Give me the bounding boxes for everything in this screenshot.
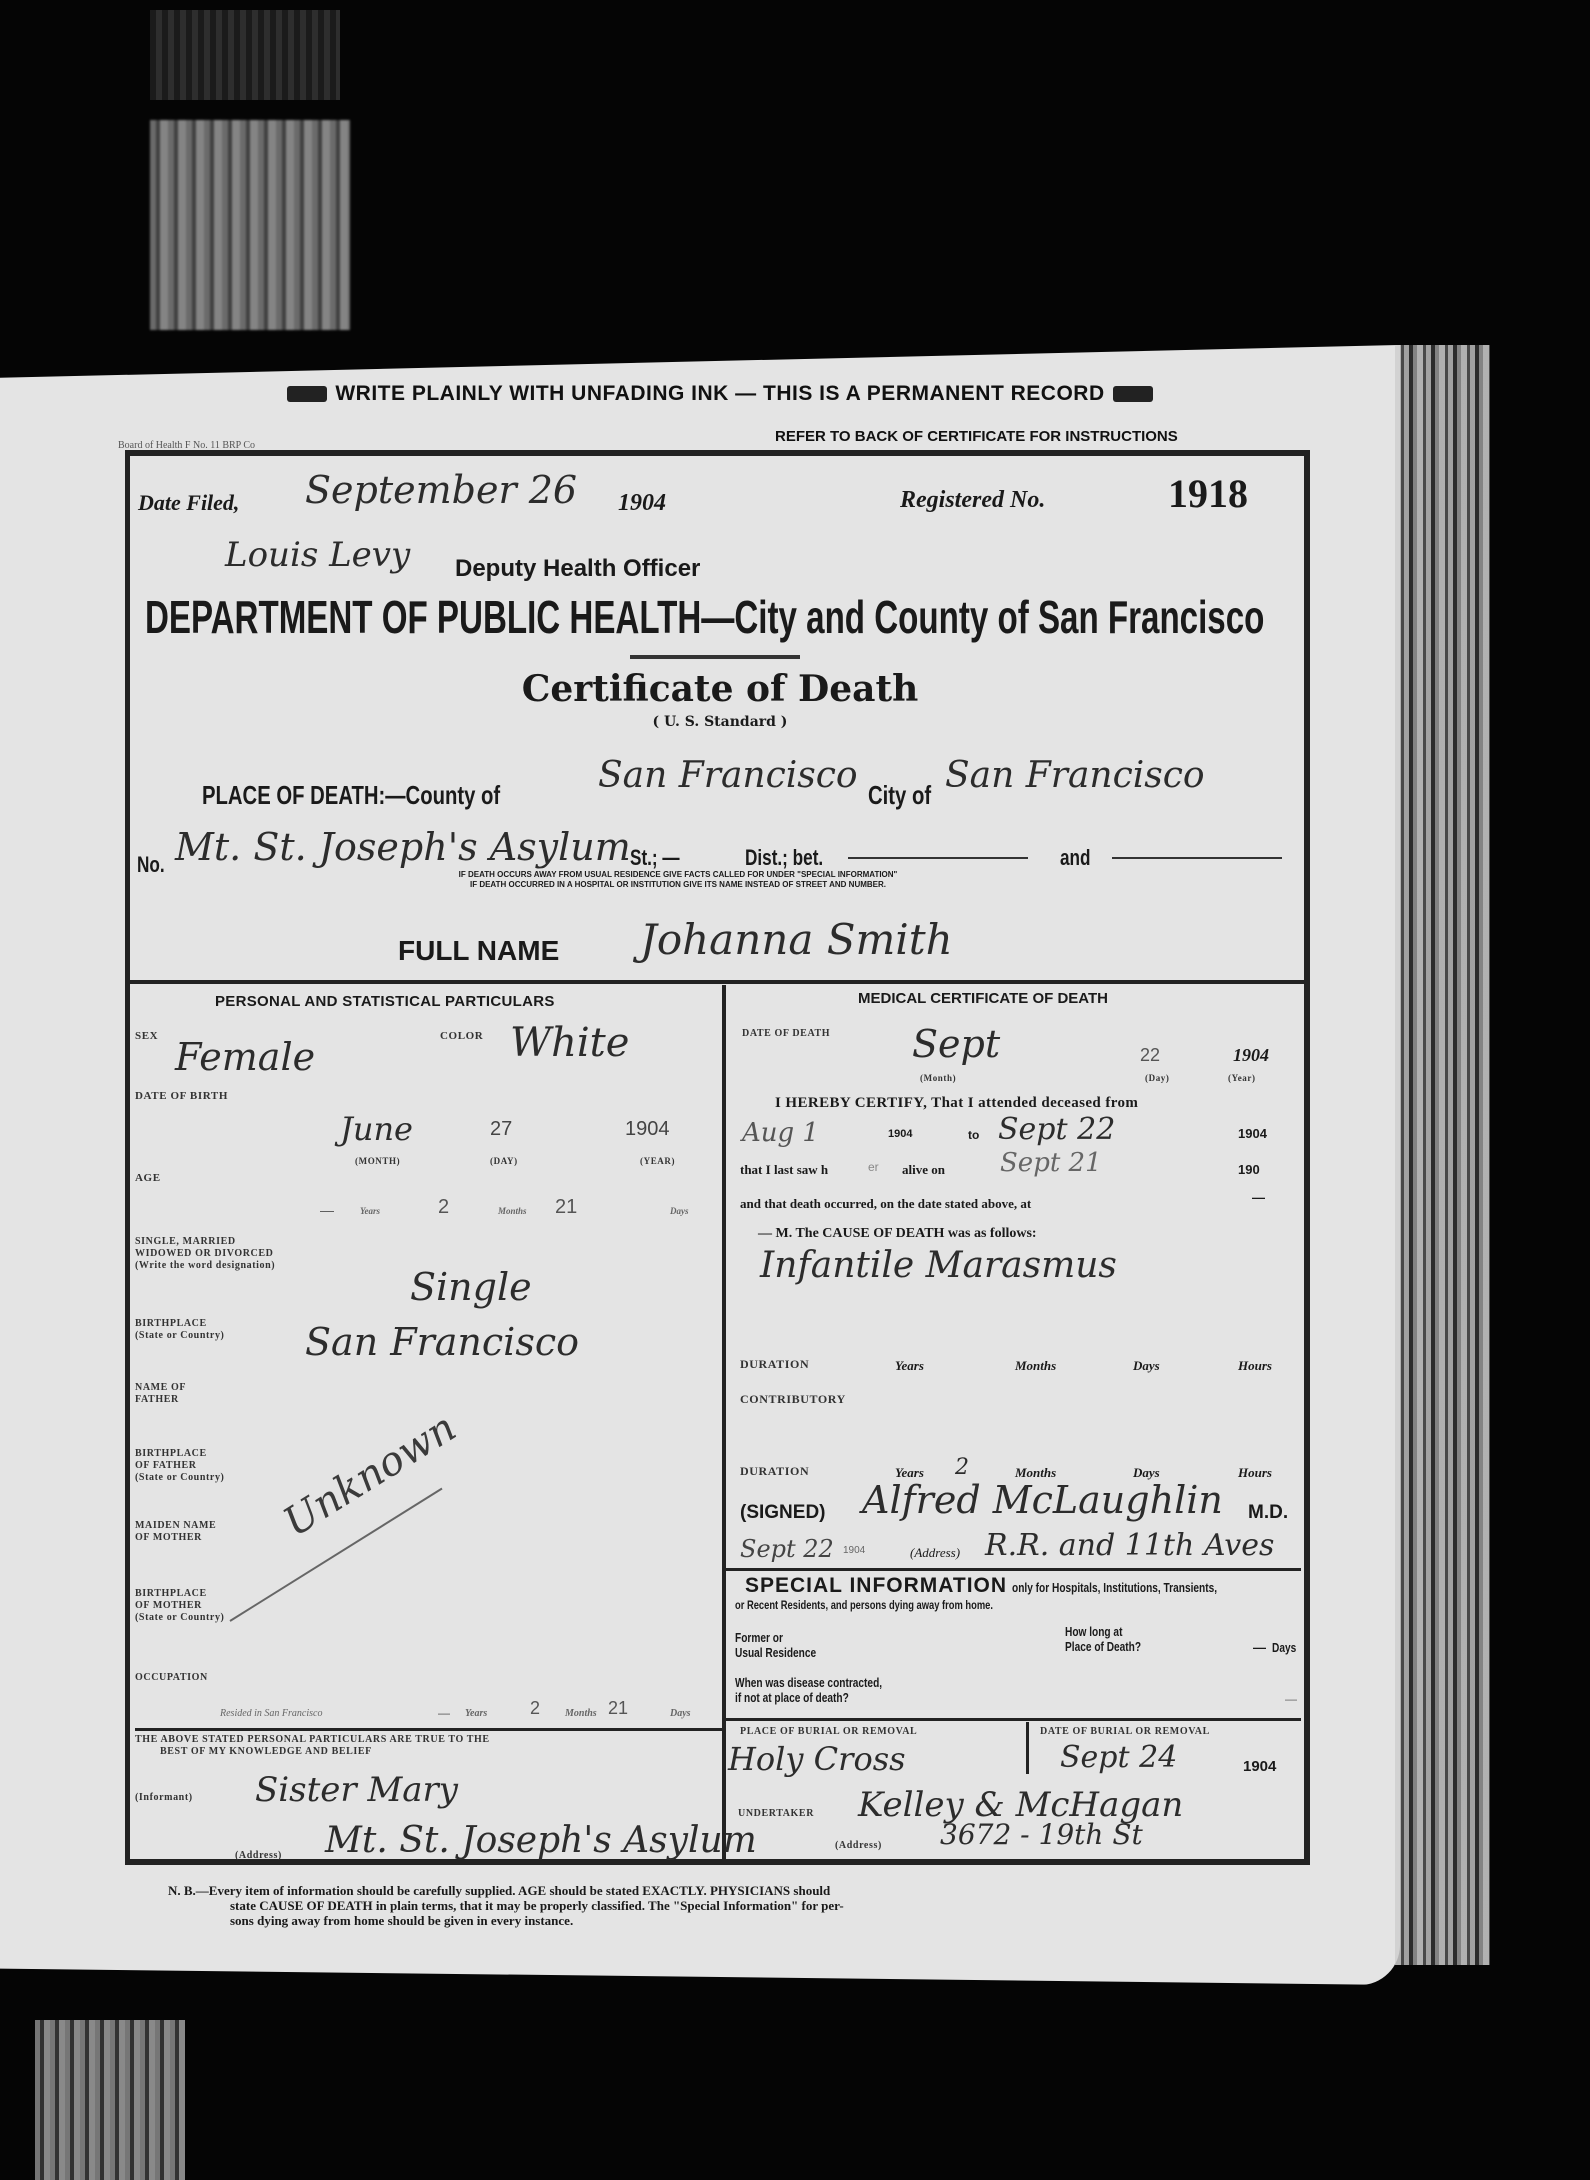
- special-divider: [726, 1568, 1301, 1571]
- father-bp-label-2: OF FATHER: [135, 1460, 225, 1472]
- former-label-2: Usual Residence: [735, 1645, 816, 1660]
- street-label: St.; —: [630, 845, 680, 871]
- burial-date-year: 1904: [1243, 1758, 1276, 1775]
- and-label: and: [1060, 845, 1091, 871]
- special-heading-rest: only for Hospitals, Institutions, Transi…: [1012, 1580, 1217, 1595]
- resided-years-caption: Years: [465, 1708, 487, 1719]
- registered-label: Registered No.: [900, 487, 1045, 514]
- informant-address-label: (Address): [235, 1850, 282, 1862]
- footnote-line-1: N. B.—Every item of information should b…: [168, 1883, 844, 1898]
- mother-label-1: MAIDEN NAME: [135, 1520, 216, 1532]
- burial-date-label: DATE of BURIAL or REMOVAL: [1040, 1726, 1210, 1738]
- age-months-caption: Months: [498, 1206, 527, 1216]
- mother-name-label: MAIDEN NAME OF MOTHER: [135, 1520, 216, 1544]
- sex-label: SEX: [135, 1030, 158, 1042]
- column-divider: [722, 985, 726, 1865]
- banner-text: WRITE PLAINLY WITH UNFADING INK — THIS I…: [335, 382, 1104, 405]
- death-occurred-text: and that death occurred, on the date sta…: [740, 1196, 1031, 1212]
- attest-line-2: BEST OF MY KNOWLEDGE AND BELIEF: [135, 1746, 490, 1758]
- burial-date-value: Sept 24: [1060, 1740, 1177, 1775]
- mother-bp-label-1: BIRTHPLACE: [135, 1588, 225, 1600]
- attended-from-year: 1904: [888, 1128, 912, 1140]
- birthplace-label-1: BIRTHPLACE: [135, 1318, 225, 1330]
- days-caption: Days: [1133, 1358, 1160, 1374]
- age-years-value: —: [320, 1202, 334, 1218]
- dod-year: 1904: [1233, 1045, 1269, 1066]
- occupation-label: OCCUPATION: [135, 1672, 208, 1684]
- how-long-label-1: How long at: [1065, 1624, 1141, 1639]
- registered-number: 1918: [1168, 470, 1248, 517]
- duration-label: DURATION: [740, 1465, 809, 1477]
- resided-years-value: —: [438, 1706, 450, 1720]
- father-name-label: NAME OF FATHER: [135, 1382, 186, 1406]
- former-label-1: Former or: [735, 1630, 816, 1645]
- contributory-label: CONTRIBUTORY: [740, 1393, 846, 1405]
- place-of-death-label: PLACE OF DEATH:—County of: [202, 780, 500, 811]
- signed-year: 1904: [843, 1545, 865, 1556]
- place-county-value: San Francisco: [598, 755, 858, 796]
- medical-heading: MEDICAL CERTIFICATE OF DEATH: [858, 990, 1108, 1007]
- dob-month-caption: (Month): [355, 1155, 400, 1167]
- date-filed-year: 1904: [618, 490, 666, 517]
- dod-year-caption: (Year): [1228, 1072, 1256, 1084]
- attest-divider: [135, 1728, 722, 1731]
- age-months-value: 2: [438, 1196, 449, 1219]
- md-label: M.D.: [1248, 1502, 1288, 1524]
- years-caption: Years: [895, 1358, 924, 1374]
- dod-day-caption: (Day): [1145, 1072, 1170, 1084]
- physician-signature: Alfred McLaughlin: [862, 1478, 1223, 1522]
- hours-caption: Hours: [1238, 1465, 1272, 1481]
- age-years-caption: Years: [360, 1206, 380, 1216]
- color-value: White: [510, 1020, 629, 1066]
- father-bp-label-1: BIRTHPLACE: [135, 1448, 225, 1460]
- refer-note: REFER TO BACK OF CERTIFICATE FOR INSTRUC…: [775, 428, 1178, 445]
- city-label: City of: [868, 780, 931, 811]
- resided-days-value: 21: [608, 1698, 628, 1719]
- background-scan-artifact: [150, 10, 340, 100]
- father-label-1: NAME OF: [135, 1382, 186, 1394]
- date-filed-value: September 26: [305, 468, 577, 512]
- last-saw-year: 190: [1238, 1162, 1260, 1177]
- attest-line-1: THE ABOVE STATED PERSONAL PARTICULARS AR…: [135, 1734, 490, 1746]
- resided-months-value: 2: [530, 1698, 540, 1719]
- resided-label: Resided in San Francisco: [220, 1708, 322, 1719]
- marital-label-3: (Write the word designation): [135, 1260, 275, 1272]
- father-label-2: FATHER: [135, 1394, 186, 1406]
- undertaker-label: UNDERTAKER: [738, 1808, 814, 1820]
- attended-from: Aug 1: [742, 1118, 819, 1148]
- mother-bp-label-3: (State or Country): [135, 1612, 225, 1624]
- dob-day-caption: (Day): [490, 1155, 518, 1167]
- color-label: COLOR: [440, 1030, 483, 1042]
- full-name-value: Johanna Smith: [640, 915, 953, 964]
- page-stack-edges: [1395, 345, 1490, 1965]
- undertaker-address-value: 3672 - 19th St: [940, 1818, 1143, 1851]
- and-line: [1112, 857, 1282, 859]
- dod-day: 22: [1140, 1045, 1160, 1066]
- father-birthplace-label: BIRTHPLACE OF FATHER (State or Country): [135, 1448, 225, 1484]
- dob-month: June: [340, 1110, 413, 1148]
- contracted-label-1: When was disease contracted,: [735, 1675, 882, 1690]
- informant-value: Sister Mary: [255, 1770, 458, 1810]
- officer-title: Deputy Health Officer: [455, 555, 700, 583]
- last-saw-label: that I last saw h: [740, 1162, 828, 1178]
- dod-label: DATE OF DEATH: [742, 1028, 830, 1040]
- undertaker-address-label: (Address): [835, 1840, 882, 1852]
- attended-to: Sept 22: [998, 1112, 1115, 1147]
- father-bp-label-3: (State or Country): [135, 1472, 225, 1484]
- section-divider: [125, 980, 1310, 984]
- place-city-value: San Francisco: [945, 755, 1205, 796]
- death-time: —: [1252, 1190, 1265, 1205]
- contracted-label-2: if not at place of death?: [735, 1690, 882, 1705]
- background-scan-artifact: [150, 120, 350, 330]
- duration-months-value: 2: [955, 1455, 969, 1480]
- mother-label-2: OF MOTHER: [135, 1532, 216, 1544]
- burial-place-value: Holy Cross: [728, 1740, 906, 1778]
- disease-contracted-label: When was disease contracted, if not at p…: [735, 1675, 882, 1705]
- certificate-subtitle: ( U. S. Standard ): [620, 714, 820, 730]
- dod-month-caption: (Month): [920, 1072, 956, 1084]
- district-label: Dist.; bet.: [745, 845, 823, 871]
- burial-column-divider: [1026, 1722, 1029, 1774]
- informant-address-value: Mt. St. Joseph's Asylum: [325, 1820, 757, 1861]
- how-long-days: Days: [1272, 1640, 1296, 1655]
- cause-of-death-value: Infantile Marasmus: [760, 1245, 1117, 1286]
- birthplace-label: BIRTHPLACE (State or Country): [135, 1318, 225, 1342]
- footnote-line-3: sons dying away from home should be give…: [168, 1913, 844, 1928]
- special-heading: SPECIAL INFORMATION only for Hospitals, …: [745, 1574, 1274, 1598]
- certify-text: I HEREBY CERTIFY, That I attended deceas…: [775, 1095, 1138, 1112]
- divider: [630, 655, 800, 659]
- personal-heading: PERSONAL AND STATISTICAL PARTICULARS: [215, 993, 555, 1010]
- district-line: [848, 857, 1028, 859]
- department-title: DEPARTMENT OF PUBLIC HEALTH—City and Cou…: [145, 590, 1264, 644]
- marital-label: SINGLE, MARRIED WIDOWED OR DIVORCED (Wri…: [135, 1236, 275, 1272]
- attended-to-year: 1904: [1238, 1126, 1267, 1141]
- dob-day: 27: [490, 1118, 512, 1141]
- date-filed-label: Date Filed,: [138, 490, 239, 516]
- hours-caption: Hours: [1238, 1358, 1272, 1374]
- ink-warning-banner: WRITE PLAINLY WITH UNFADING INK — THIS I…: [175, 382, 1265, 406]
- attest-text: THE ABOVE STATED PERSONAL PARTICULARS AR…: [135, 1734, 490, 1758]
- dob-year: 1904: [625, 1118, 670, 1141]
- pointing-hand-icon: [287, 386, 327, 402]
- resided-months-caption: Months: [565, 1708, 597, 1719]
- sex-value: Female: [175, 1035, 315, 1079]
- alive-on-label: alive on: [902, 1162, 945, 1178]
- informant-label: (Informant): [135, 1792, 193, 1804]
- certificate-title: Certificate of Death: [520, 668, 920, 710]
- how-long-value: —: [1253, 1640, 1266, 1655]
- former-residence-label: Former or Usual Residence: [735, 1630, 816, 1660]
- pointing-hand-icon: [1113, 386, 1153, 402]
- background-scan-artifact: [35, 2020, 185, 2180]
- no-label: No.: [137, 852, 165, 878]
- contracted-value: —: [1285, 1692, 1297, 1706]
- special-heading-title: SPECIAL INFORMATION: [745, 1574, 1007, 1597]
- duration-label: DURATION: [740, 1358, 809, 1370]
- physician-address-label: (Address): [910, 1545, 960, 1561]
- footnote: N. B.—Every item of information should b…: [168, 1883, 844, 1928]
- burial-divider: [726, 1718, 1301, 1721]
- place-street-value: Mt. St. Joseph's Asylum: [175, 825, 631, 869]
- marital-value: Single: [410, 1265, 532, 1309]
- last-saw-pronoun: er: [868, 1160, 879, 1174]
- birthplace-value: San Francisco: [305, 1320, 579, 1364]
- footnote-line-2: state CAUSE OF DEATH in plain terms, tha…: [168, 1898, 844, 1913]
- burial-place-label: PLACE OF BURIAL OR REMOVAL: [740, 1726, 917, 1738]
- place-instruction-note: IF DEATH OCCURS AWAY FROM USUAL RESIDENC…: [188, 870, 1168, 890]
- full-name-label: FULL NAME: [398, 935, 559, 967]
- dod-month: Sept: [912, 1022, 1000, 1066]
- officer-signature: Louis Levy: [225, 535, 410, 575]
- physician-address-value: R.R. and 11th Aves: [985, 1528, 1274, 1563]
- age-days-value: 21: [555, 1196, 577, 1219]
- age-days-caption: Days: [670, 1206, 689, 1216]
- marital-label-2: WIDOWED OR DIVORCED: [135, 1248, 275, 1260]
- note-line-1: IF DEATH OCCURS AWAY FROM USUAL RESIDENC…: [188, 870, 1168, 880]
- age-label: AGE: [135, 1172, 161, 1184]
- birthplace-label-2: (State or Country): [135, 1330, 225, 1342]
- signed-label: (SIGNED): [740, 1502, 826, 1524]
- mother-birthplace-label: BIRTHPLACE OF MOTHER (State or Country): [135, 1588, 225, 1624]
- last-saw-date: Sept 21: [1000, 1148, 1102, 1178]
- cause-intro: — M. The CAUSE OF DEATH was as follows:: [758, 1226, 1037, 1242]
- special-heading-line2: or Recent Residents, and persons dying a…: [735, 1598, 993, 1612]
- months-caption: Months: [1015, 1358, 1056, 1374]
- how-long-label: How long at Place of Death?: [1065, 1624, 1141, 1654]
- how-long-label-2: Place of Death?: [1065, 1639, 1141, 1654]
- dob-label: DATE OF BIRTH: [135, 1090, 228, 1102]
- to-label: to: [968, 1128, 979, 1142]
- marital-label-1: SINGLE, MARRIED: [135, 1236, 275, 1248]
- signed-date: Sept 22: [740, 1535, 834, 1563]
- note-line-2: IF DEATH OCCURRED IN A HOSPITAL OR INSTI…: [188, 880, 1168, 890]
- dob-year-caption: (Year): [640, 1155, 675, 1167]
- mother-bp-label-2: OF MOTHER: [135, 1600, 225, 1612]
- resided-days-caption: Days: [670, 1708, 691, 1719]
